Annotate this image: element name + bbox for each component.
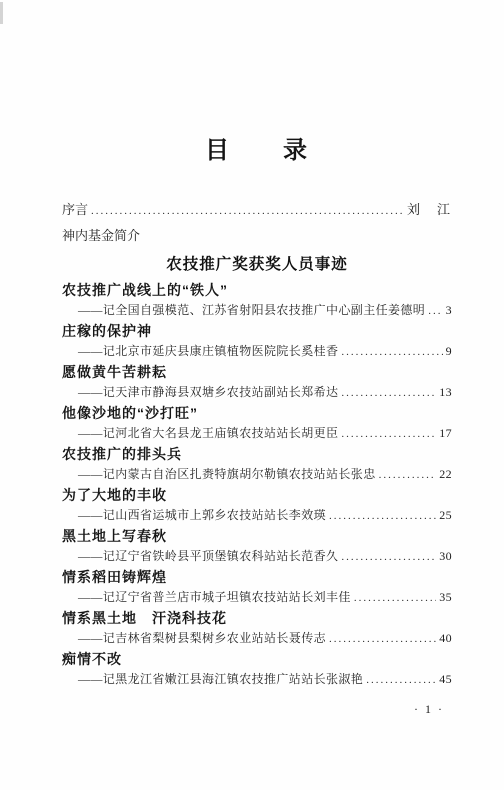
entry-subtitle: ——记辽宁省铁岭县平顶堡镇农科站站长范香久 <box>78 546 338 566</box>
toc-entries: 农技推广战线上的“铁人” ——记全国自强模范、江苏省射阳县农技推广中心副主任姜德… <box>62 280 452 690</box>
folio-page-number: · 1 · <box>62 702 452 717</box>
dot-leader <box>366 670 436 690</box>
dot-leader <box>91 201 404 221</box>
preface-row: 序言 刘 江 <box>62 200 452 221</box>
entry-subtitle: ——记天津市静海县双塘乡农技站副站长郑希达 <box>78 382 338 402</box>
dot-leader <box>379 465 437 485</box>
entry-subtitle-row: ——记山西省运城市上郭乡农技站站长李效瑛 25 <box>62 505 452 526</box>
entry-subtitle: ——记内蒙古自治区扎赉特旗胡尔勒镇农技站站长张忠 <box>78 464 376 484</box>
toc-entry: 农技推广战线上的“铁人” ——记全国自强模范、江苏省射阳县农技推广中心副主任姜德… <box>62 280 452 321</box>
entry-subtitle: ——记辽宁省普兰店市城子坦镇农技站站长刘丰佳 <box>78 587 351 607</box>
entry-title: 痴情不改 <box>62 649 452 669</box>
entry-title: 愿做黄牛苦耕耘 <box>62 362 452 382</box>
entry-page-number: 22 <box>439 464 452 484</box>
entry-subtitle-row: ——记黑龙江省嫩江县海江镇农技推广站站长张淑艳 45 <box>62 669 452 690</box>
scan-edge-artifact <box>0 2 3 24</box>
entry-page-number: 35 <box>439 587 452 607</box>
entry-page-number: 3 <box>446 300 452 320</box>
toc-entry: 他像沙地的“沙打旺” ——记河北省大名县龙王庙镇农技站站长胡更臣 17 <box>62 403 452 444</box>
preface-label: 序言 <box>62 200 88 220</box>
entry-subtitle-row: ——记天津市静海县双塘乡农技站副站长郑希达 13 <box>62 382 452 403</box>
entry-page-number: 13 <box>439 382 452 402</box>
entry-page-number: 40 <box>439 628 452 648</box>
preface-author: 刘 江 <box>407 200 452 220</box>
toc-entry: 情系稻田铸辉煌 ——记辽宁省普兰店市城子坦镇农技站站长刘丰佳 35 <box>62 567 452 608</box>
entry-title: 他像沙地的“沙打旺” <box>62 403 452 423</box>
toc-entry: 为了大地的丰收 ——记山西省运城市上郭乡农技站站长李效瑛 25 <box>62 485 452 526</box>
entry-subtitle: ——记河北省大名县龙王庙镇农技站站长胡更臣 <box>78 423 338 443</box>
entry-title: 庄稼的保护神 <box>62 321 452 341</box>
entry-subtitle-row: ——记辽宁省普兰店市城子坦镇农技站站长刘丰佳 35 <box>62 587 452 608</box>
entry-title: 情系黑土地 汗浇科技花 <box>62 608 452 628</box>
entry-page-number: 30 <box>439 546 452 566</box>
entry-subtitle-row: ——记内蒙古自治区扎赉特旗胡尔勒镇农技站站长张忠 22 <box>62 464 452 485</box>
entry-subtitle-row: ——记辽宁省铁岭县平顶堡镇农科站站长范香久 30 <box>62 546 452 567</box>
entry-page-number: 45 <box>439 669 452 689</box>
entry-title: 农技推广的排头兵 <box>62 444 452 464</box>
entry-subtitle-row: ——记全国自强模范、江苏省射阳县农技推广中心副主任姜德明 3 <box>62 300 452 321</box>
entry-subtitle: ——记北京市延庆县康庄镇植物医院院长奚桂香 <box>78 341 338 361</box>
dot-leader <box>428 301 442 321</box>
dot-leader <box>341 424 436 444</box>
entry-page-number: 9 <box>446 341 452 361</box>
dot-leader <box>341 342 442 362</box>
entry-page-number: 17 <box>439 423 452 443</box>
toc-entry: 情系黑土地 汗浇科技花 ——记吉林省梨树县梨树乡农业站站长聂传志 40 <box>62 608 452 649</box>
entry-subtitle-row: ——记北京市延庆县康庄镇植物医院院长奚桂香 9 <box>62 341 452 362</box>
entry-subtitle: ——记山西省运城市上郭乡农技站站长李效瑛 <box>78 505 326 525</box>
fund-intro-label: 神内基金简介 <box>62 226 452 246</box>
entry-subtitle-row: ——记河北省大名县龙王庙镇农技站站长胡更臣 17 <box>62 423 452 444</box>
toc-entry: 黑土地上写春秋 ——记辽宁省铁岭县平顶堡镇农科站站长范香久 30 <box>62 526 452 567</box>
scanned-toc-page: 目 录 序言 刘 江 神内基金简介 农技推广奖获奖人员事迹 农技推广战线上的“铁… <box>0 0 504 790</box>
dot-leader <box>354 588 436 608</box>
dot-leader <box>329 506 436 526</box>
toc-entry: 庄稼的保护神 ——记北京市延庆县康庄镇植物医院院长奚桂香 9 <box>62 321 452 362</box>
dot-leader <box>341 383 436 403</box>
entry-subtitle: ——记黑龙江省嫩江县海江镇农技推广站站长张淑艳 <box>78 669 363 689</box>
entry-subtitle: ——记全国自强模范、江苏省射阳县农技推广中心副主任姜德明 <box>78 300 425 320</box>
entry-subtitle: ——记吉林省梨树县梨树乡农业站站长聂传志 <box>78 628 326 648</box>
page-title: 目 录 <box>62 136 452 166</box>
toc-entry: 农技推广的排头兵 ——记内蒙古自治区扎赉特旗胡尔勒镇农技站站长张忠 22 <box>62 444 452 485</box>
toc-entry: 痴情不改 ——记黑龙江省嫩江县海江镇农技推广站站长张淑艳 45 <box>62 649 452 690</box>
toc-entry: 愿做黄牛苦耕耘 ——记天津市静海县双塘乡农技站副站长郑希达 13 <box>62 362 452 403</box>
dot-leader <box>341 547 436 567</box>
entry-title: 为了大地的丰收 <box>62 485 452 505</box>
entry-title: 情系稻田铸辉煌 <box>62 567 452 587</box>
section-heading: 农技推广奖获奖人员事迹 <box>62 254 452 276</box>
dot-leader <box>329 629 436 649</box>
entry-page-number: 25 <box>439 505 452 525</box>
entry-subtitle-row: ——记吉林省梨树县梨树乡农业站站长聂传志 40 <box>62 628 452 649</box>
entry-title: 农技推广战线上的“铁人” <box>62 280 452 300</box>
entry-title: 黑土地上写春秋 <box>62 526 452 546</box>
